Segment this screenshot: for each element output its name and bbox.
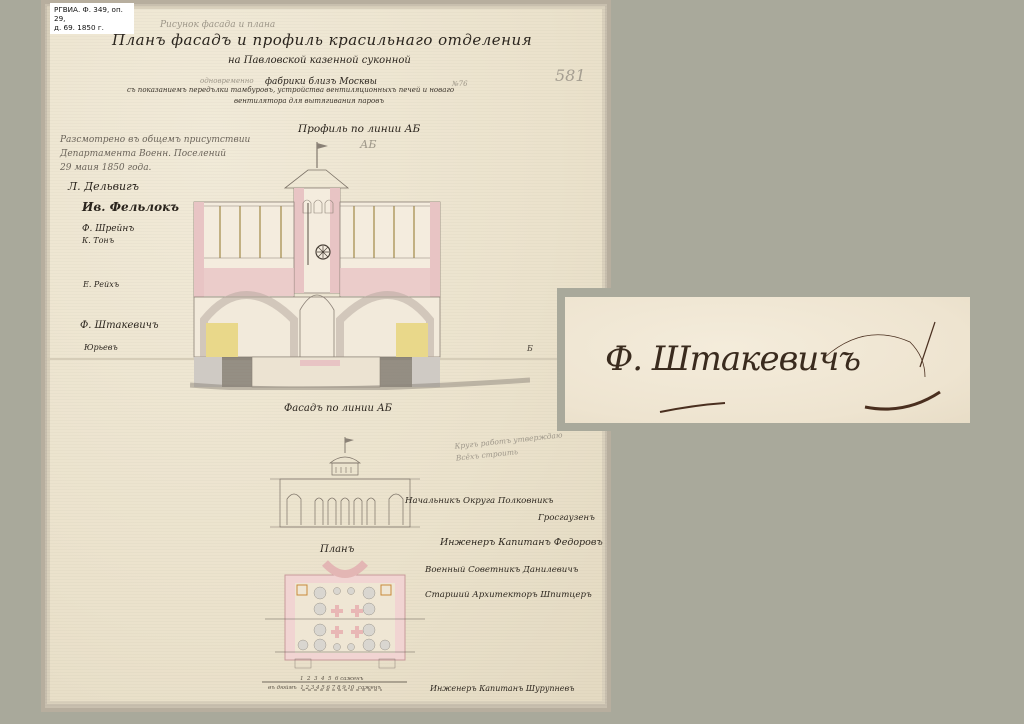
- right-signature-4: Военный Советникъ Данилевичъ: [425, 565, 578, 575]
- pencil-header: Рисунок фасада и плана: [160, 20, 275, 30]
- right-signature-5: Старший Архитекторъ Шпитцеръ: [425, 590, 592, 600]
- profile-section-drawing: [190, 140, 530, 390]
- subtitle-line-4: вентилятора для вытягивания паровъ: [234, 97, 384, 105]
- profile-mark-b: Б: [527, 344, 533, 353]
- facade-label: Фасадъ по линии АБ: [284, 403, 392, 414]
- signature-6: Ф. Штакевичъ: [80, 320, 159, 331]
- archive-reference-label: РГВИА. Ф. 349, оп. 29, д. 69. 1850 г.: [50, 3, 134, 34]
- floor-plan-drawing: [265, 555, 435, 670]
- subtitle-pencil-2: одновременно: [200, 77, 254, 85]
- facade-drawing: [270, 435, 420, 535]
- right-signature-2: Гросгаузенъ: [538, 513, 595, 523]
- right-signature-3: Инженеръ Капитанъ Федоровъ: [440, 537, 603, 548]
- subtitle-pencil-number: №76: [452, 80, 468, 88]
- signature-2: Ив. Фельлокъ: [82, 200, 179, 214]
- scale-line-1: 1 2 3 4 5 6 саженъ: [300, 675, 363, 684]
- bottom-signature: Инженеръ Капитанъ Шурупневъ: [430, 684, 575, 693]
- signature-5: Е. Рейхъ: [83, 280, 119, 289]
- signature-zoom-inset: Ф. Штакевичъ: [557, 288, 978, 431]
- archive-label-line-1: РГВИА. Ф. 349, оп. 29,: [54, 5, 130, 23]
- subtitle-line-3: съ показаниемъ передълки тамбуровъ, устр…: [127, 86, 454, 94]
- right-signature-1: Начальникъ Округа Полковникъ: [405, 496, 553, 506]
- signature-4: К. Тонъ: [82, 236, 114, 245]
- scale-line-2: въ дюймъ 1 2 3 4 5 6 7 8 9 10 саженъ: [268, 684, 381, 693]
- signature-7: Юрьевъ: [84, 343, 118, 352]
- plan-label: Планъ: [320, 544, 354, 555]
- page-number: 581: [555, 66, 586, 85]
- inset-paper: Ф. Штакевичъ: [565, 297, 970, 423]
- document-title: Планъ фасадъ и профиль красильнаго отдел…: [112, 31, 532, 49]
- profile-label: Профиль по линии АБ: [298, 123, 420, 135]
- inset-flourish: [565, 297, 970, 423]
- signature-3: Ф. Шрейнъ: [82, 224, 134, 234]
- subtitle-line-1: на Павловской казенной суконной: [228, 55, 411, 66]
- signature-1: Л. Дельвигъ: [68, 180, 139, 193]
